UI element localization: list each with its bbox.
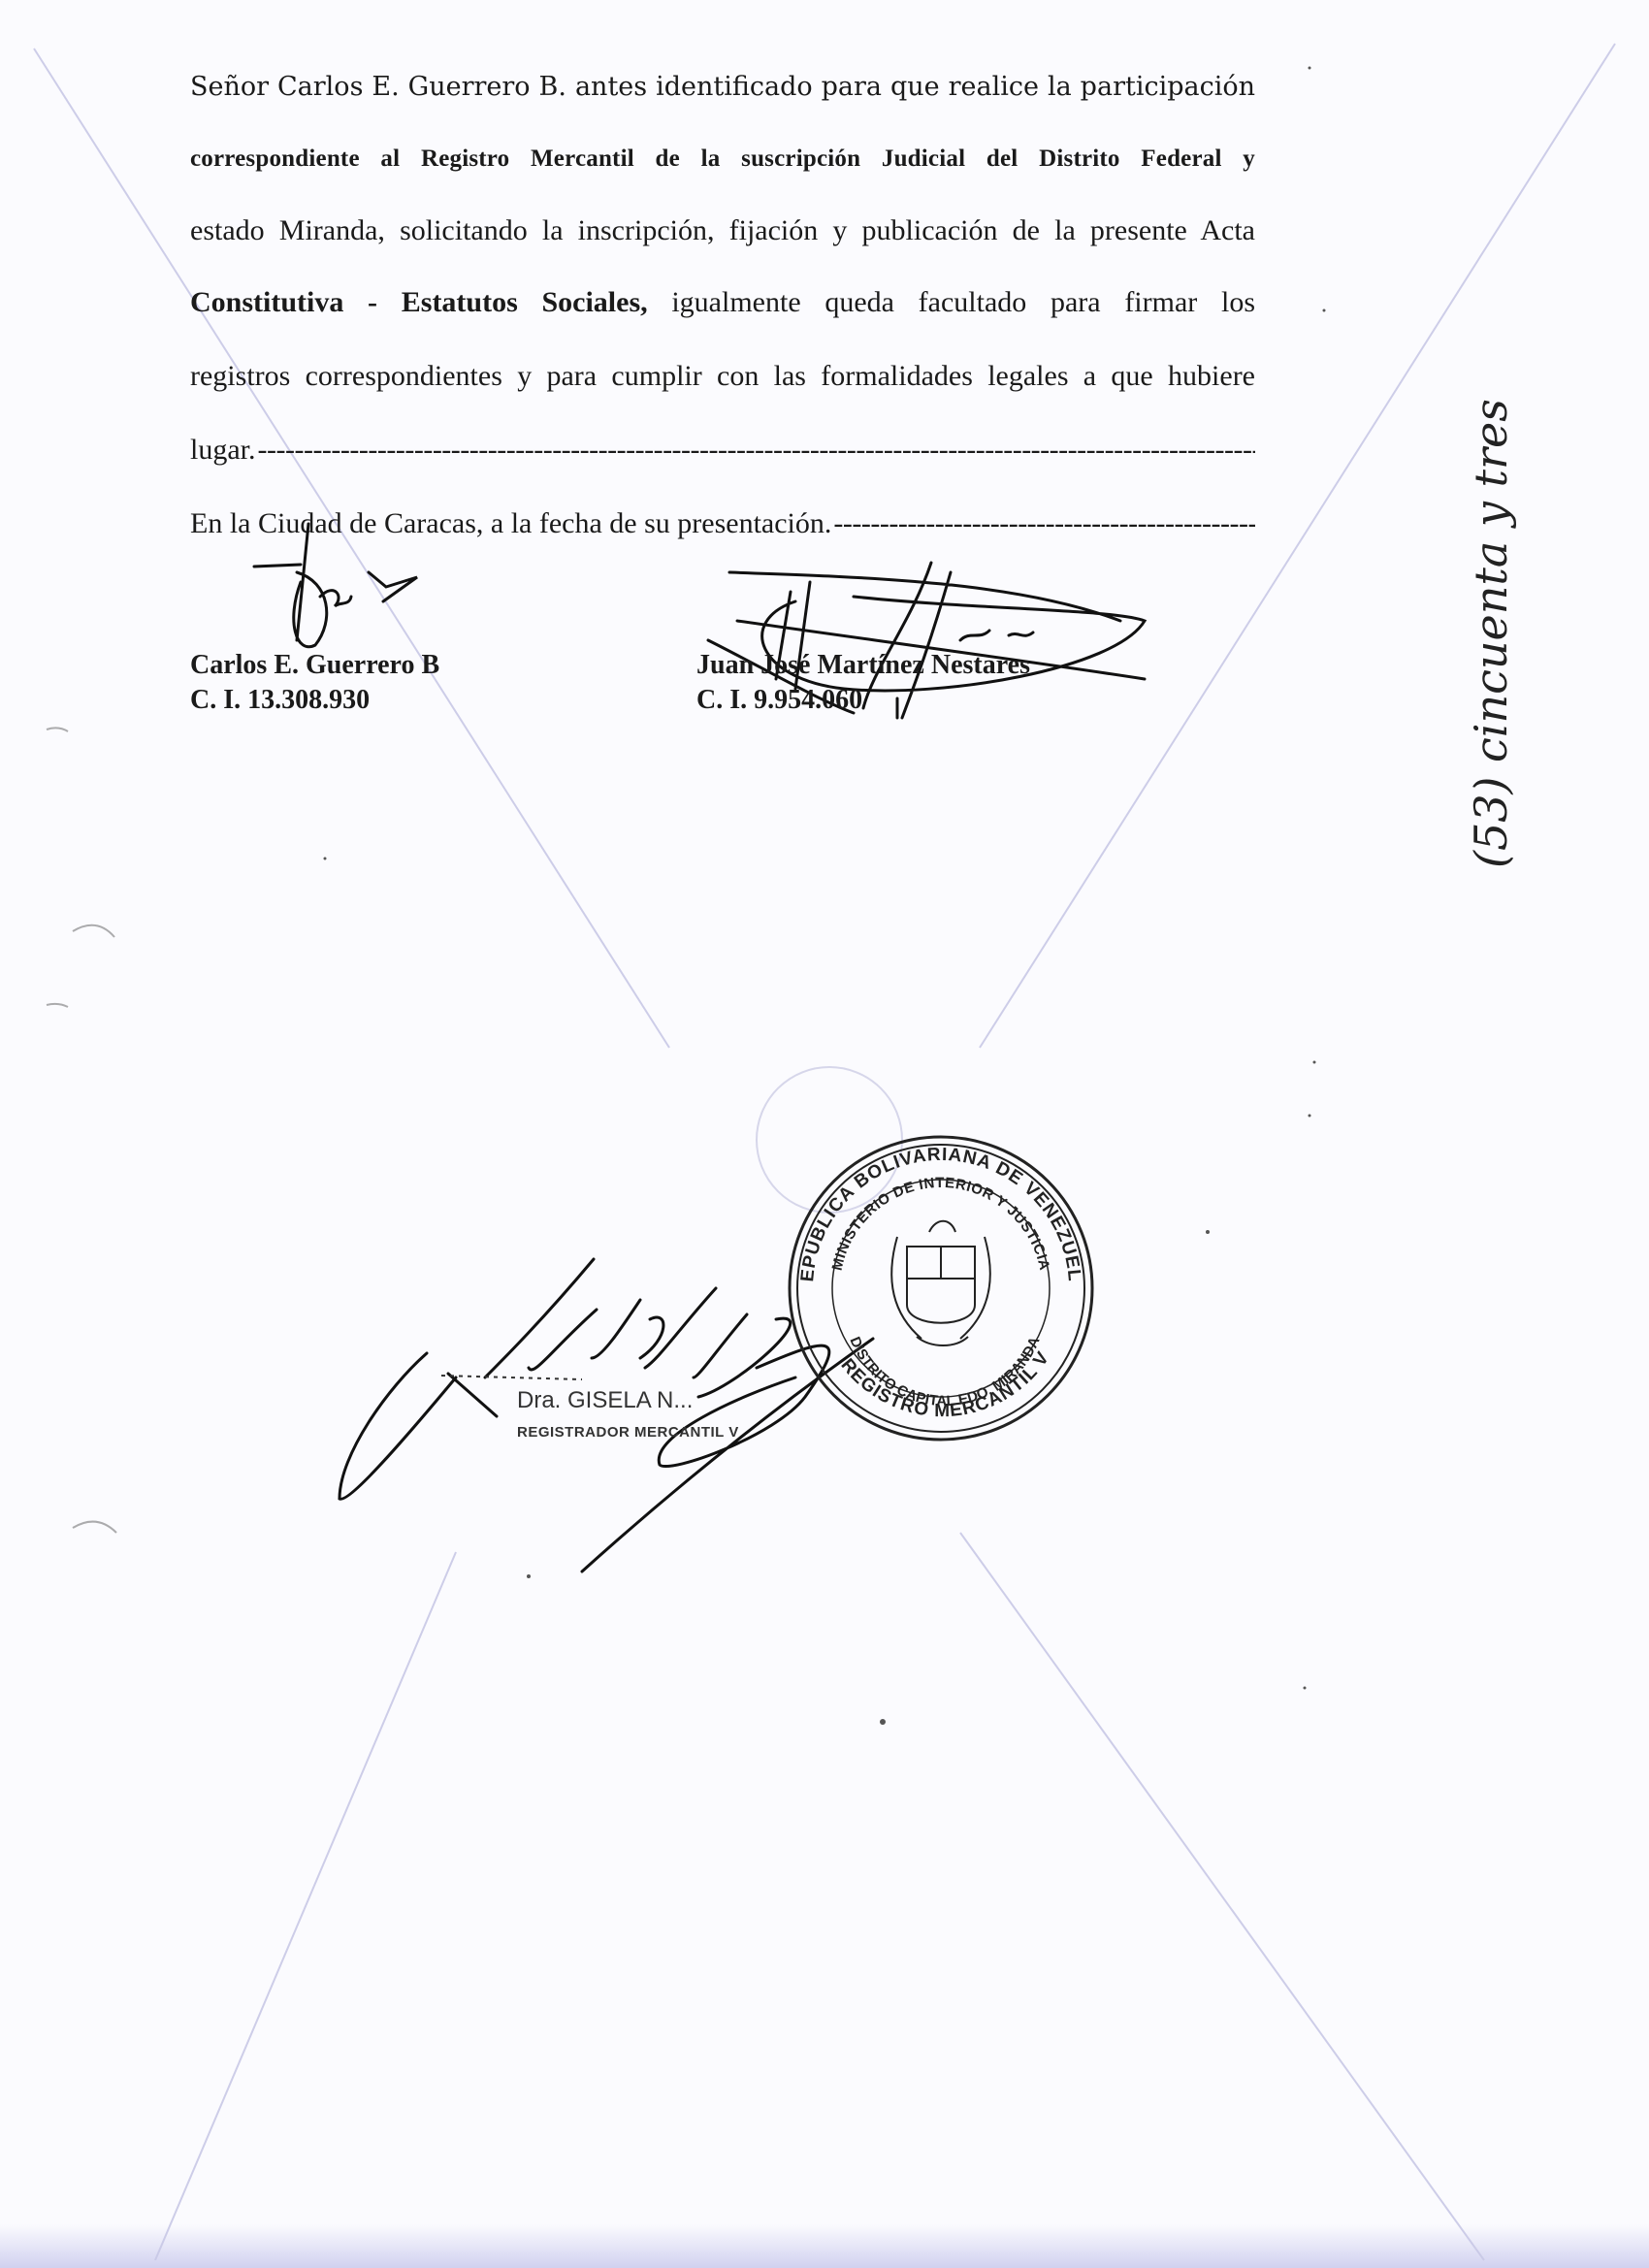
margin-annotation: (53) cincuenta y tres: [1465, 325, 1523, 868]
official-seal: REPUBLICA BOLIVARIANA DE VENEZUELA MINIS…: [0, 0, 1649, 2268]
seal-outer-top-text: REPUBLICA BOLIVARIANA DE VENEZUELA: [0, 0, 1084, 1282]
coat-of-arms-icon: [891, 1221, 990, 1345]
svg-text:REPUBLICA BOLIVARIANA DE VENEZ: REPUBLICA BOLIVARIANA DE VENEZUELA: [0, 0, 1084, 1282]
scanned-document-page: Señor Carlos E. Guerrero B. antes identi…: [0, 0, 1649, 2268]
